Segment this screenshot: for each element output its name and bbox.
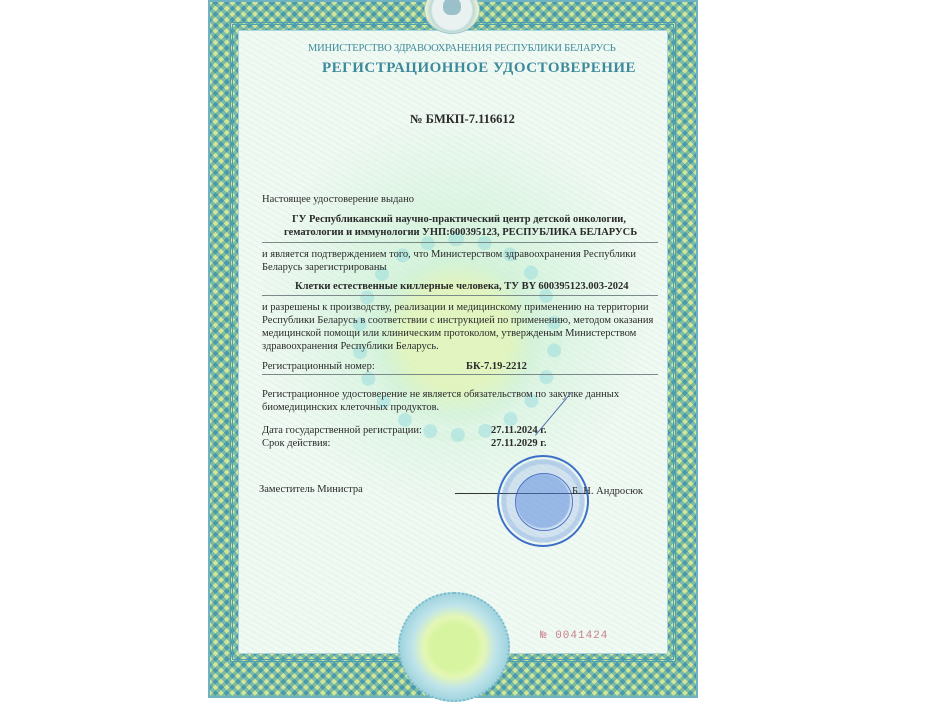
separator [262,242,658,243]
permit-line-3: медицинской помощи или клиническим прото… [262,327,636,340]
reg-number-label: Регистрационный номер: [262,360,375,373]
product-name: Клетки естественные киллерные человека, … [295,280,629,293]
disclaimer-line-2: биомедицинских клеточных продуктов. [262,401,439,414]
reg-date-label: Дата государственной регистрации: [262,424,422,437]
separator [262,295,658,296]
ministry-name: МИНИСТЕРСТВО ЗДРАВООХРАНЕНИЯ РЕСПУБЛИКИ … [308,42,616,55]
certificate-title: РЕГИСТРАЦИОННОЕ УДОСТОВЕРЕНИЕ [322,62,636,75]
separator [262,374,658,375]
confirm-line-1: и является подтверждением того, что Мини… [262,248,636,261]
permit-line-4: здравоохранения Республики Беларусь. [262,340,439,353]
official-stamp [497,455,589,547]
hologram-seal [398,592,510,702]
signatory-position: Заместитель Министра [259,483,363,496]
validity-value: 27.11.2029 г. [491,437,547,450]
signatory-name: Б. Н. Андросюк [572,485,643,498]
holder-line-2: гематологии и иммунологии УНП:600395123,… [284,226,637,239]
confirm-line-2: Беларусь зарегистрированы [262,261,387,274]
permit-line-2: Республики Беларусь в соответствии с инс… [262,314,653,327]
certificate-number: № БМКП-7.116612 [410,113,515,126]
permit-line-1: и разрешены к производству, реализации и… [262,301,649,314]
reg-number-value: БК-7.19-2212 [466,360,527,373]
issued-intro: Настоящее удостоверение выдано [262,193,414,206]
holder-line-1: ГУ Республиканский научно-практический ц… [292,213,626,226]
stamp-emblem-icon [515,473,573,531]
validity-label: Срок действия: [262,437,330,450]
blank-serial-number: № 0041424 [540,630,608,642]
